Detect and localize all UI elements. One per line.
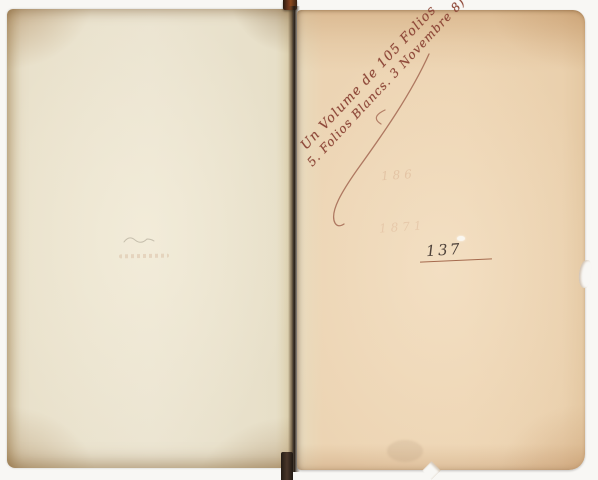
bleedthrough-mark-lower: 1871 [379,218,426,235]
bleedthrough-mark-upper: 186 [381,167,417,183]
folio-number: 137 [425,240,462,260]
spine-bottom-tab [281,452,293,480]
inscription-line-2: 5. Folios Blancs. 3 Novembre 8) [304,0,468,169]
left-page [7,9,293,468]
edge-chip [422,461,440,479]
pencil-scribble-mark [121,231,157,247]
faint-stamp-line [119,254,169,259]
book-scan: Un Volume de 105 Folios 5. Folios Blancs… [0,0,598,480]
handwritten-inscription: Un Volume de 105 Folios 5. Folios Blancs… [298,0,468,163]
bottom-smudge [387,440,423,462]
edge-notch [577,259,592,288]
ink-flourish [297,10,585,470]
right-page: Un Volume de 105 Folios 5. Folios Blancs… [297,10,585,470]
